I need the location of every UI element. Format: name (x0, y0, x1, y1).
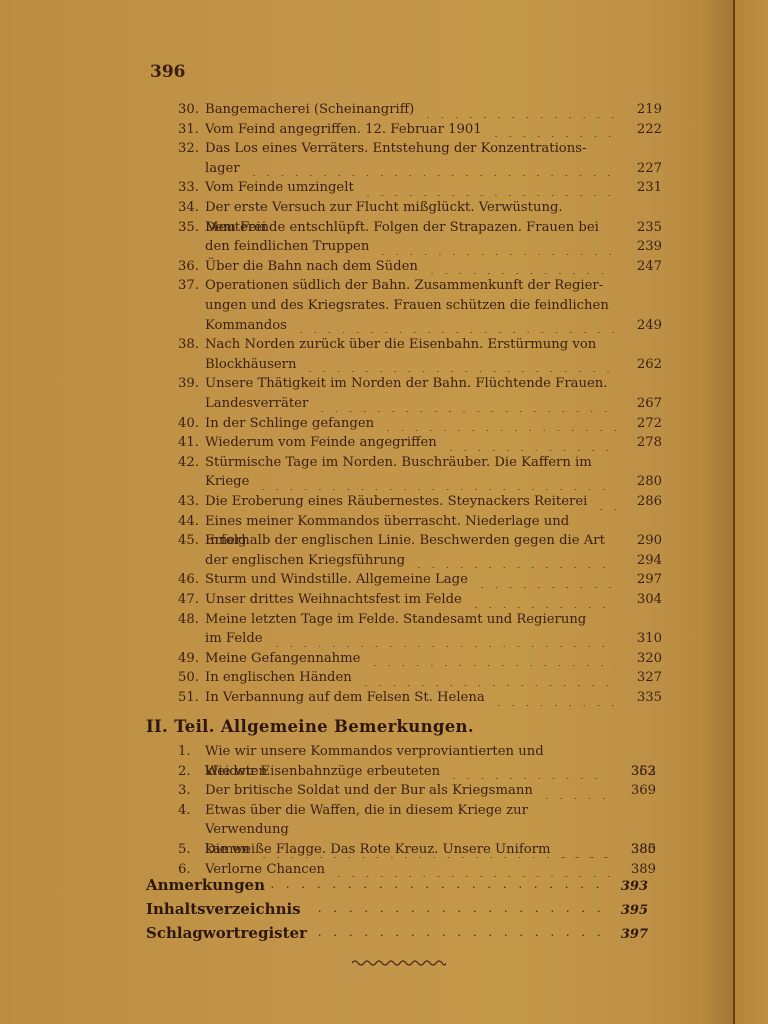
entry-number: 32. (178, 139, 205, 159)
entry-page-number: 219 (620, 100, 662, 120)
dot-leader: ........................................… (480, 576, 616, 588)
appendix-page-number: 393 (621, 879, 648, 894)
appendix-page-number: 397 (621, 927, 648, 942)
entry-number: 3. (178, 781, 205, 801)
entry-title-line: Innerhalb der englischen Linie. Beschwer… (205, 531, 614, 551)
entry-number: 47. (178, 590, 205, 610)
entry-page-number: 369 (614, 781, 656, 801)
entry-page-number: 362 (614, 762, 656, 782)
toc-entry: 42.Stürmische Tage im Norden. Buschräube… (178, 453, 662, 492)
dot-leader: ........................................… (599, 498, 616, 510)
dot-leader: ........................................… (320, 400, 616, 412)
entry-title-line: Meine letzten Tage im Felde. Standesamt … (205, 610, 614, 630)
entry-title-line: Unsere Thätigkeit im Norden der Bahn. Fl… (205, 374, 614, 394)
appendix-label: Inhaltsverzeichnis (146, 900, 301, 918)
appendix-label: Schlagwortregister (146, 924, 307, 942)
toc-entry: 43.Die Eroberung eines Räubernestes. Ste… (178, 492, 662, 512)
entry-page-number: 239 (620, 237, 662, 257)
entry-number: 48. (178, 610, 205, 630)
toc-entry: 46.Sturm und Windstille. Allgemeine Lage… (178, 570, 662, 590)
toc-entry: 31.Vom Feind angegriffen. 12. Februar 19… (178, 120, 662, 140)
dot-leader: ........................................… (373, 654, 616, 666)
dot-leader: ........................................… (562, 846, 610, 858)
entry-number: 50. (178, 668, 205, 688)
entry-number: 42. (178, 453, 205, 473)
dot-leader: ........................................… (474, 596, 616, 608)
toc-entry: 47.Unser drittes Weihnachtsfest im Felde… (178, 590, 662, 610)
dot-leader: ........................................… (308, 360, 616, 372)
toc-entry: 35.Dem Feinde entschlüpft. Folgen der St… (178, 218, 662, 257)
entry-title-line: Stürmische Tage im Norden. Buschräuber. … (205, 453, 614, 473)
dot-leader: ........................................… (381, 243, 616, 255)
entry-page-number: 327 (620, 668, 662, 688)
toc-entry: 36.Über die Bahn nach dem Süden247......… (178, 257, 662, 277)
entry-number: 39. (178, 374, 205, 394)
entry-title-line: Etwas über die Waffen, die in diesem Kri… (205, 801, 608, 840)
adjacent-page-edge (735, 0, 768, 1024)
entry-number: 35. (178, 218, 205, 238)
dot-leader: ........................................… (452, 767, 610, 779)
entry-number: 44. (178, 512, 205, 532)
dot-leader: ........................................… (449, 439, 616, 451)
entry-number: 37. (178, 276, 205, 296)
entry-number: 46. (178, 570, 205, 590)
page-edge-shadow (700, 0, 736, 1024)
toc-entry: 33.Vom Feinde umzingelt231..............… (178, 178, 662, 198)
toc-entry: 32.Das Los eines Verräters. Entstehung d… (178, 139, 662, 178)
entry-page-number: 222 (620, 120, 662, 140)
entry-number: 30. (178, 100, 205, 120)
toc-entry: 49.Meine Gefangennahme320...............… (178, 649, 662, 669)
appendix-entry: Schlagwortregister......................… (146, 924, 648, 942)
toc-entry: 45.Innerhalb der englischen Linie. Besch… (178, 531, 662, 570)
dot-leader: ........................................… (318, 926, 612, 939)
entry-title-line: Die weiße Flagge. Das Rote Kreuz. Unsere… (205, 840, 608, 860)
appendix-entry: Inhaltsverzeichnis......................… (146, 900, 648, 918)
dot-leader: ........................................… (318, 902, 612, 915)
entry-title-line: ungen und des Kriegsrates. Frauen schütz… (205, 296, 614, 316)
entry-page-number: 231 (620, 178, 662, 198)
dot-leader: ........................................… (494, 125, 616, 137)
entry-page-number: 272 (620, 414, 662, 434)
entry-page-number: 304 (620, 590, 662, 610)
entry-number: 5. (178, 840, 205, 860)
entry-number: 45. (178, 531, 205, 551)
entry-page-number: 335 (620, 688, 662, 708)
toc-entry: 38.Nach Norden zurück über die Eisenbahn… (178, 335, 662, 374)
entry-page-number: 294 (620, 551, 662, 571)
entry-page-number: 280 (620, 472, 662, 492)
dot-leader: ........................................… (261, 478, 616, 490)
dot-leader: ........................................… (275, 635, 616, 647)
dot-leader: ........................................… (386, 419, 616, 431)
toc-entry: 30.Bangemacherei (Scheinangriff)219.....… (178, 100, 662, 120)
toc-entry: 41.Wiederum vom Feinde angegriffen278...… (178, 433, 662, 453)
entry-title-line: Das Los eines Verräters. Entstehung der … (205, 139, 614, 159)
toc-entry: 3.Der britische Soldat und der Bur als K… (178, 781, 656, 801)
appendix-label: Anmerkungen (146, 876, 265, 894)
entry-number: 51. (178, 688, 205, 708)
dot-leader: ........................................… (545, 787, 610, 799)
dot-leader: ........................................… (366, 184, 616, 196)
entry-page-number: 262 (620, 355, 662, 375)
toc-entry: 2.Wie wir Eisenbahnzüge erbeuteten362...… (178, 762, 656, 782)
entry-page-number: 278 (620, 433, 662, 453)
dot-leader: ........................................… (497, 694, 616, 706)
dot-leader: ........................................… (364, 674, 616, 686)
entry-number: 40. (178, 414, 205, 434)
toc-entry: 5.Die weiße Flagge. Das Rote Kreuz. Unse… (178, 840, 656, 860)
entry-number: 31. (178, 120, 205, 140)
entry-page-number: 227 (620, 159, 662, 179)
toc-entry: 37.Operationen südlich der Bahn. Zusamme… (178, 276, 662, 335)
entry-title-line: Nach Norden zurück über die Eisenbahn. E… (205, 335, 614, 355)
entry-page-number: 247 (620, 257, 662, 277)
entry-number: 43. (178, 492, 205, 512)
entry-page-number: 249 (620, 316, 662, 336)
entry-number: 41. (178, 433, 205, 453)
entry-title-line: Die Eroberung eines Räubernestes. Steyna… (205, 492, 614, 512)
toc-entry: 50.In englischen Händen327..............… (178, 668, 662, 688)
entry-page-number: 320 (620, 649, 662, 669)
entry-number: 49. (178, 649, 205, 669)
entry-page-number: 286 (620, 492, 662, 512)
dot-leader: ........................................… (430, 262, 616, 274)
appendix-entry: Anmerkungen.............................… (146, 876, 648, 894)
entry-title-line: Operationen südlich der Bahn. Zusammenku… (205, 276, 614, 296)
entry-number: 38. (178, 335, 205, 355)
entry-number: 33. (178, 178, 205, 198)
entry-number: 2. (178, 762, 205, 782)
toc-entry: 40.In der Schlinge gefangen272..........… (178, 414, 662, 434)
dot-leader: ........................................… (252, 164, 616, 176)
entry-page-number: 297 (620, 570, 662, 590)
entry-page-number: 267 (620, 394, 662, 414)
toc-entry: 48.Meine letzten Tage im Felde. Standesa… (178, 610, 662, 649)
entry-number: 34. (178, 198, 205, 218)
dot-leader: ........................................… (417, 556, 616, 568)
appendix-page-number: 395 (621, 903, 648, 918)
entry-page-number: 385 (614, 840, 656, 860)
part-two-heading: II. Teil. Allgemeine Bemerkungen. (146, 717, 474, 736)
toc-entry: 39.Unsere Thätigkeit im Norden der Bahn.… (178, 374, 662, 413)
page-number: 396 (150, 62, 186, 82)
dot-leader: ........................................… (426, 106, 616, 118)
toc-entry: 51.In Verbannung auf dem Felsen St. Hele… (178, 688, 662, 708)
entry-number: 36. (178, 257, 205, 277)
entry-number: 4. (178, 801, 205, 821)
dot-leader: ........................................… (299, 321, 616, 333)
dot-leader: ........................................… (255, 878, 612, 891)
entry-page-number: 310 (620, 629, 662, 649)
entry-number: 1. (178, 742, 205, 762)
entry-title-line: Dem Feinde entschlüpft. Folgen der Strap… (205, 218, 614, 238)
ornament-rule-icon (352, 958, 446, 968)
